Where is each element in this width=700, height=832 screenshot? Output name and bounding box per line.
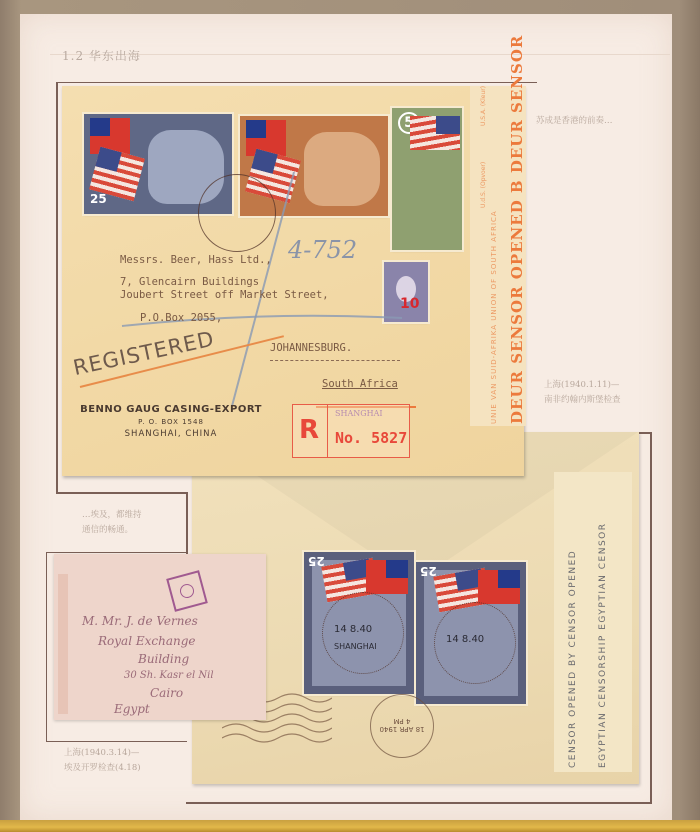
- censor-tape-small-b: U.S.A. (Kleur): [480, 86, 487, 126]
- arrival-postmark-text: 18 APR 1940 4 PM: [377, 717, 427, 733]
- sender-imprint: BENNO GAUG CASING-EXPORT P. O. BOX 1548 …: [76, 404, 266, 439]
- cover3-envelope: M. Mr. J. de Vernes Royal Exchange Build…: [54, 554, 266, 720]
- cover1-envelope: 25 5 10 4-752 Messrs. Beer, Hass Ltd., 7…: [62, 86, 524, 476]
- censor-edge-strip: [58, 574, 68, 714]
- address-line-5: JOHANNESBURG.: [270, 342, 352, 354]
- handwritten-address-3: Building: [138, 652, 189, 666]
- roc-flag-icon: [478, 570, 520, 604]
- censor-tape-line-a: UNIE VAN SUID-AFRIKA UNION OF SOUTH AFRI…: [490, 210, 498, 424]
- frame-gold-edge: [0, 820, 700, 832]
- postmark-city: SHANGHAI: [334, 642, 377, 651]
- censor-seal-icon: [178, 582, 195, 599]
- roc-flag-icon: [366, 560, 408, 594]
- caption-top-right: 苏成是香港的前奏…: [536, 114, 613, 129]
- postmark-date: 14 8.40: [446, 634, 484, 645]
- cover2-frame-right: [650, 432, 652, 804]
- censor-tape-small-a: U.d.S. (Opvoer): [480, 162, 487, 208]
- address-line-4: P.O.Box 2055,: [140, 312, 222, 324]
- censor-tape-line2: EGYPTIAN CENSORSHIP EGYPTIAN CENSOR: [598, 522, 608, 768]
- header-rule: [50, 54, 670, 55]
- handwritten-address-1: M. Mr. J. de Vernes: [82, 614, 198, 628]
- address-divider: [270, 360, 400, 361]
- south-africa-censor-tape: DEUR SENSOR OPENED B DEUR SENSOR UNIE VA…: [470, 86, 526, 426]
- address-line-1: Messrs. Beer, Hass Ltd.,: [120, 254, 272, 266]
- cover2-stamp-2: 25 14 8.40: [416, 562, 526, 704]
- arrival-postmark: 18 APR 1940 4 PM: [370, 694, 434, 758]
- handwritten-address-4: 30 Sh. Kasr el Nil: [124, 670, 214, 681]
- caption-left-mid-line2: 通信的畅通。: [82, 523, 133, 538]
- address-line-6: South Africa: [322, 378, 398, 390]
- caption-cover1-line1: 上海(1940.1.11)—: [544, 378, 619, 393]
- cover1-frame-left: [56, 82, 58, 494]
- sender-city: SHANGHAI, CHINA: [76, 429, 266, 439]
- egyptian-censor-tape: CENSOR OPENED BY CENSOR OPENED EGYPTIAN …: [554, 472, 632, 772]
- handwritten-address-5: Cairo: [150, 686, 183, 700]
- censor-tape-main: DEUR SENSOR OPENED B DEUR SENSOR: [508, 35, 526, 424]
- cover2-stamp-1: 25 14 8.40 SHANGHAI: [304, 552, 414, 694]
- sender-name: BENNO GAUG CASING-EXPORT: [76, 404, 266, 415]
- registration-label: R SHANGHAI No. 5827: [292, 404, 410, 458]
- sender-box: P. O. BOX 1548: [76, 418, 266, 426]
- address-line-3: Joubert Street off Market Street,: [120, 289, 329, 301]
- caption-left-mid-line1: …埃及，都维持: [82, 508, 142, 523]
- postmark-date: 14 8.40: [334, 624, 372, 635]
- section-title: 1.2 华东出海: [62, 47, 141, 64]
- frame-connector-v: [186, 492, 188, 554]
- label-divider: [327, 405, 328, 457]
- censor-handstamp: [166, 570, 208, 612]
- caption-cover3-line1: 上海(1940.3.14)—: [64, 746, 139, 761]
- registration-letter: R: [299, 415, 319, 445]
- handwritten-address-2: Royal Exchange: [98, 634, 196, 648]
- cover2-frame-bottom: [186, 802, 652, 804]
- stamp-value: 25: [420, 564, 437, 578]
- registration-city: SHANGHAI: [335, 409, 383, 418]
- caption-cover3-line2: 埃及开罗检查(4.18): [64, 761, 141, 776]
- stamp-value: 25: [308, 554, 325, 568]
- censor-tape-line1: CENSOR OPENED BY CENSOR OPENED: [568, 550, 578, 768]
- address-line-2: 7, Glencairn Buildings: [120, 276, 259, 288]
- frame-connector: [56, 492, 188, 494]
- handwritten-address-6: Egypt: [114, 702, 150, 716]
- registration-number: No. 5827: [335, 429, 407, 447]
- caption-cover1-line2: 南非约翰内斯堡检查: [544, 393, 621, 408]
- handwritten-note: 4-752: [288, 236, 357, 264]
